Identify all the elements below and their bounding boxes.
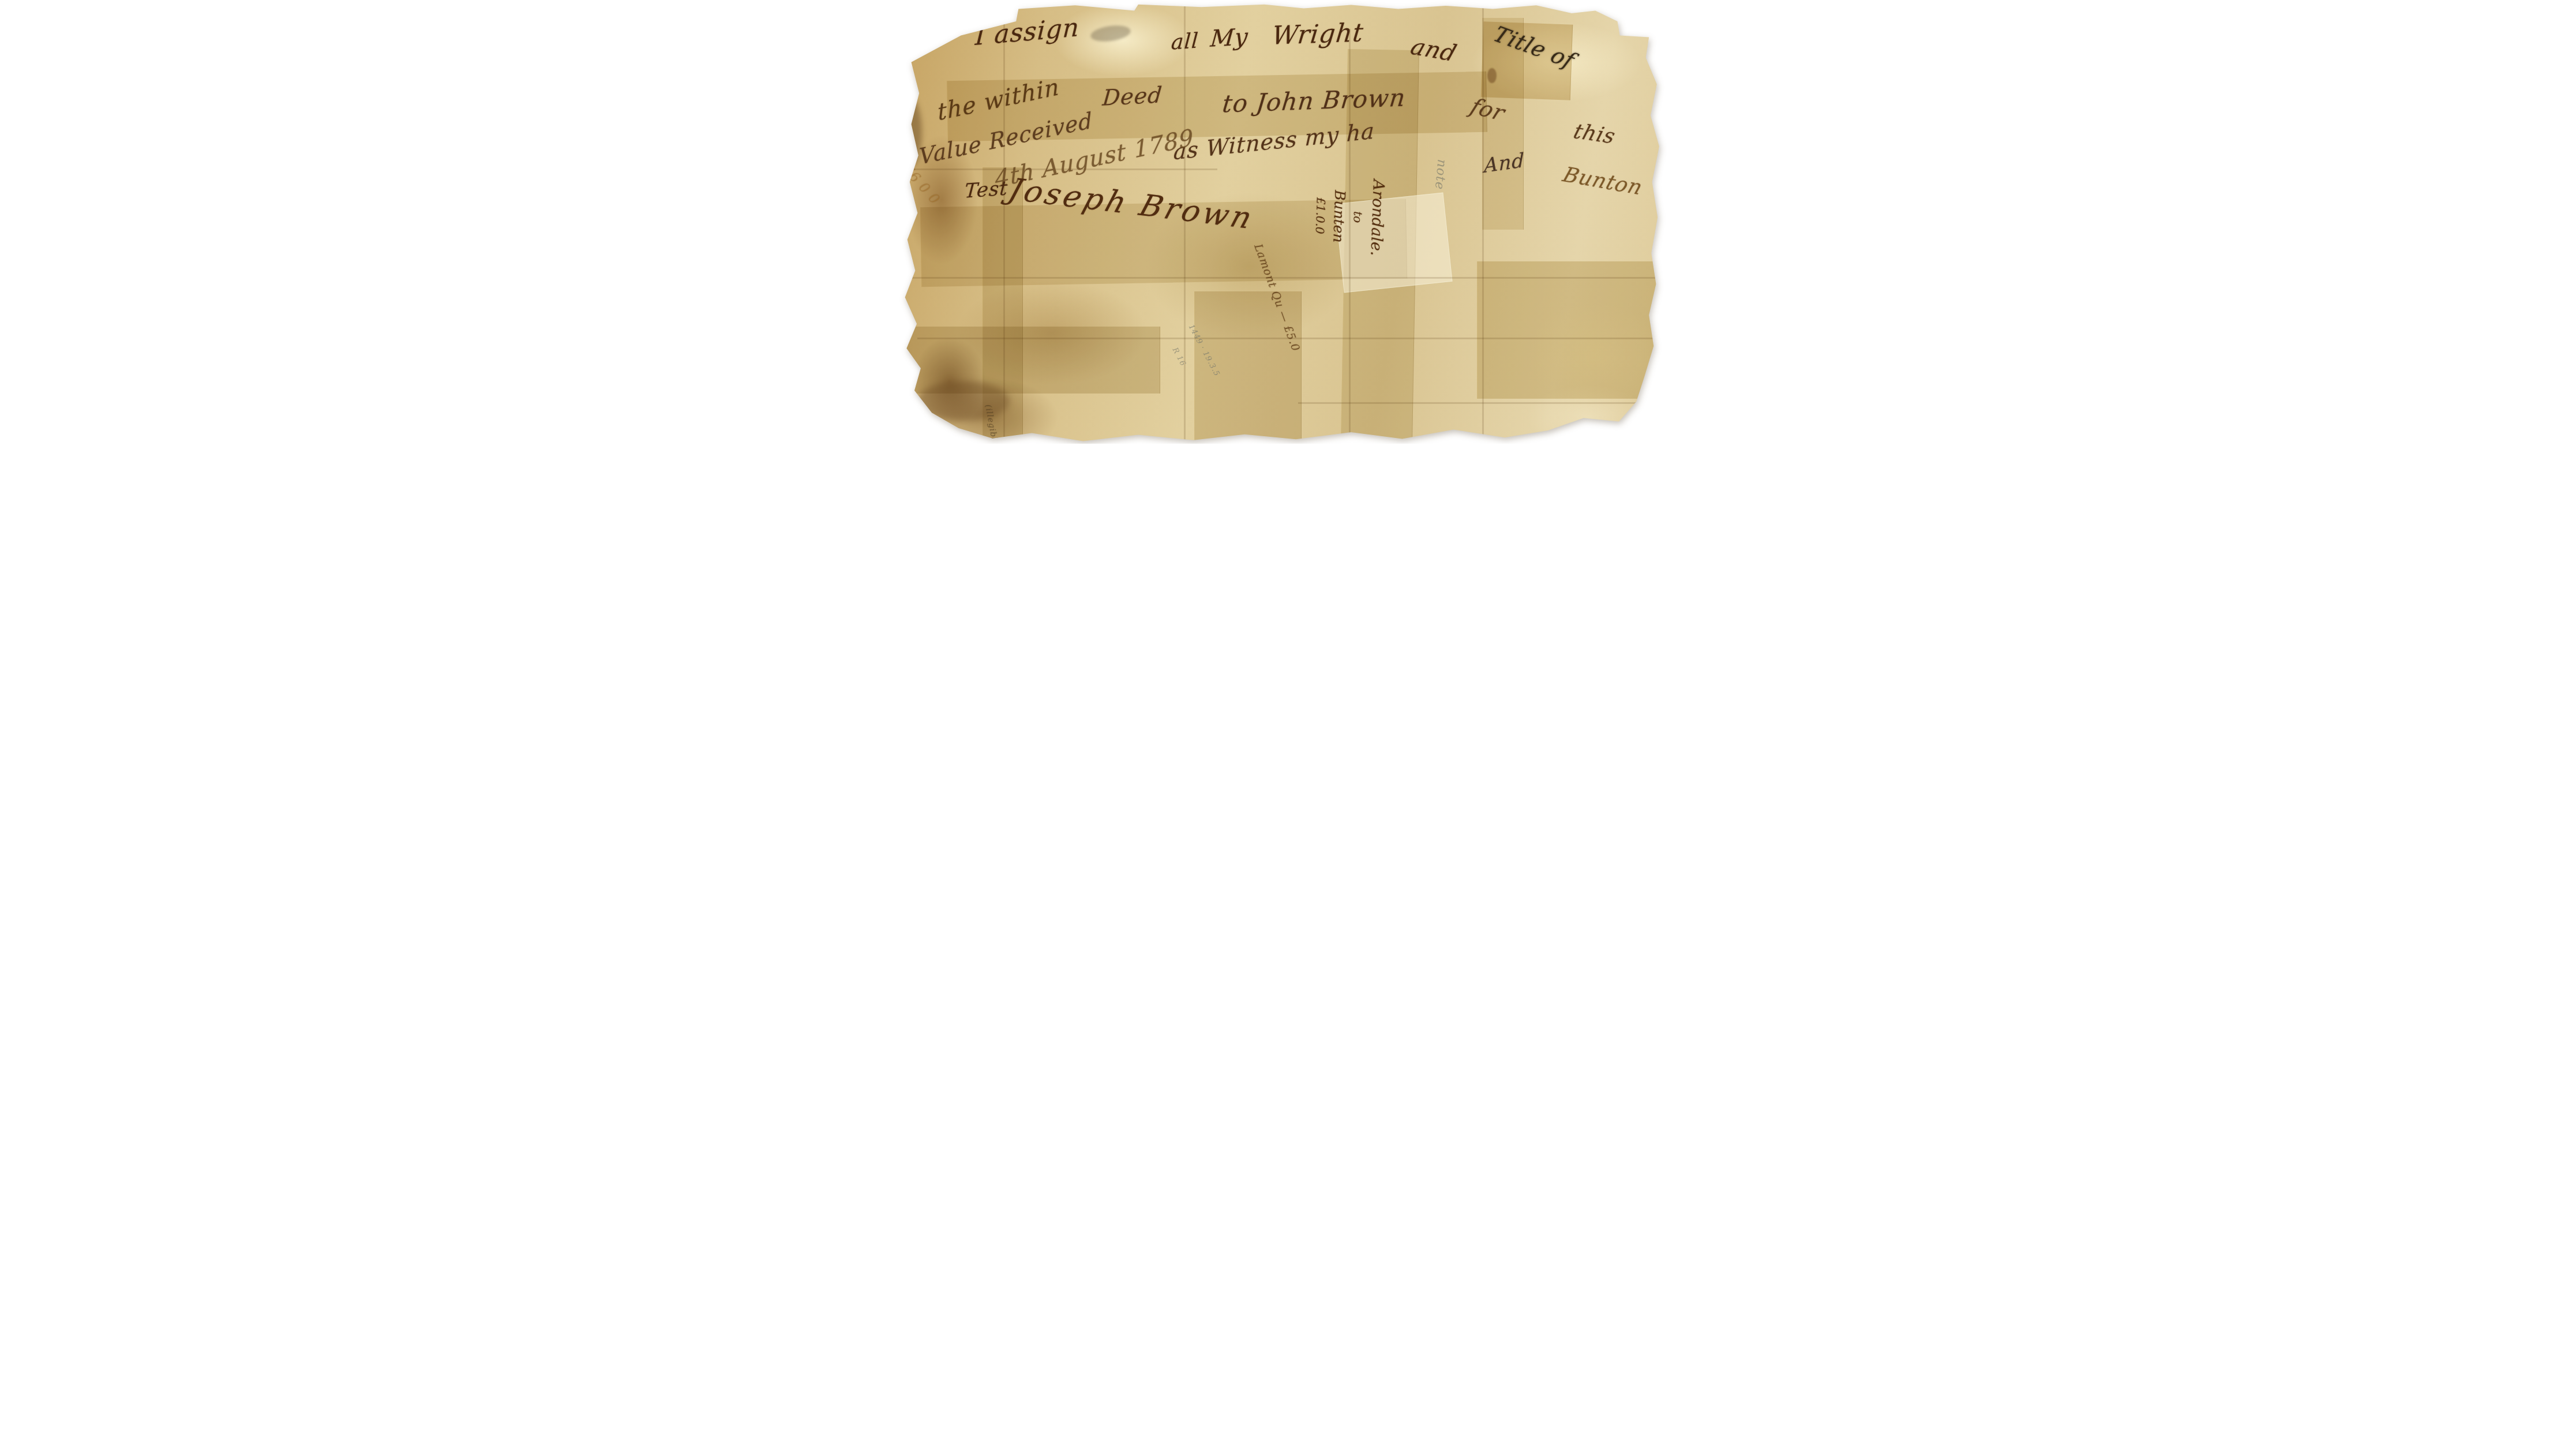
stain-blot [917, 381, 1010, 421]
handwriting-i-assign: I assign [974, 13, 1079, 51]
stain-blot [899, 98, 922, 167]
handwriting-all: all [1170, 29, 1199, 55]
handwriting-my: My [1209, 24, 1250, 53]
handwriting-wright: Wright [1270, 18, 1365, 51]
ink-smudge [1622, 10, 1628, 20]
crease-line [917, 338, 1682, 339]
tape-strip [1477, 261, 1660, 399]
handwriting-test: Test [963, 177, 1008, 203]
scan-stage: I assign all My Wright and Title of the … [894, 0, 1682, 444]
ink-smudge [1089, 23, 1131, 43]
handwriting-this: this [1570, 120, 1618, 149]
handwriting-deed: Deed [1101, 82, 1164, 111]
paper-surface: I assign all My Wright and Title of the … [894, 0, 1682, 444]
docket-endorsement: Arondale. to Bunten £1.0.0 [1308, 140, 1390, 293]
signature-bunton: Bunton [1559, 163, 1645, 200]
paper-sheet: I assign all My Wright and Title of the … [894, 0, 1682, 444]
crease-line [1298, 402, 1682, 404]
crease-line [1482, 0, 1484, 444]
ink-smudge [1487, 68, 1497, 83]
pencil-note: note [1431, 159, 1449, 190]
crease-line [1003, 0, 1005, 444]
crease-line [894, 277, 1682, 279]
